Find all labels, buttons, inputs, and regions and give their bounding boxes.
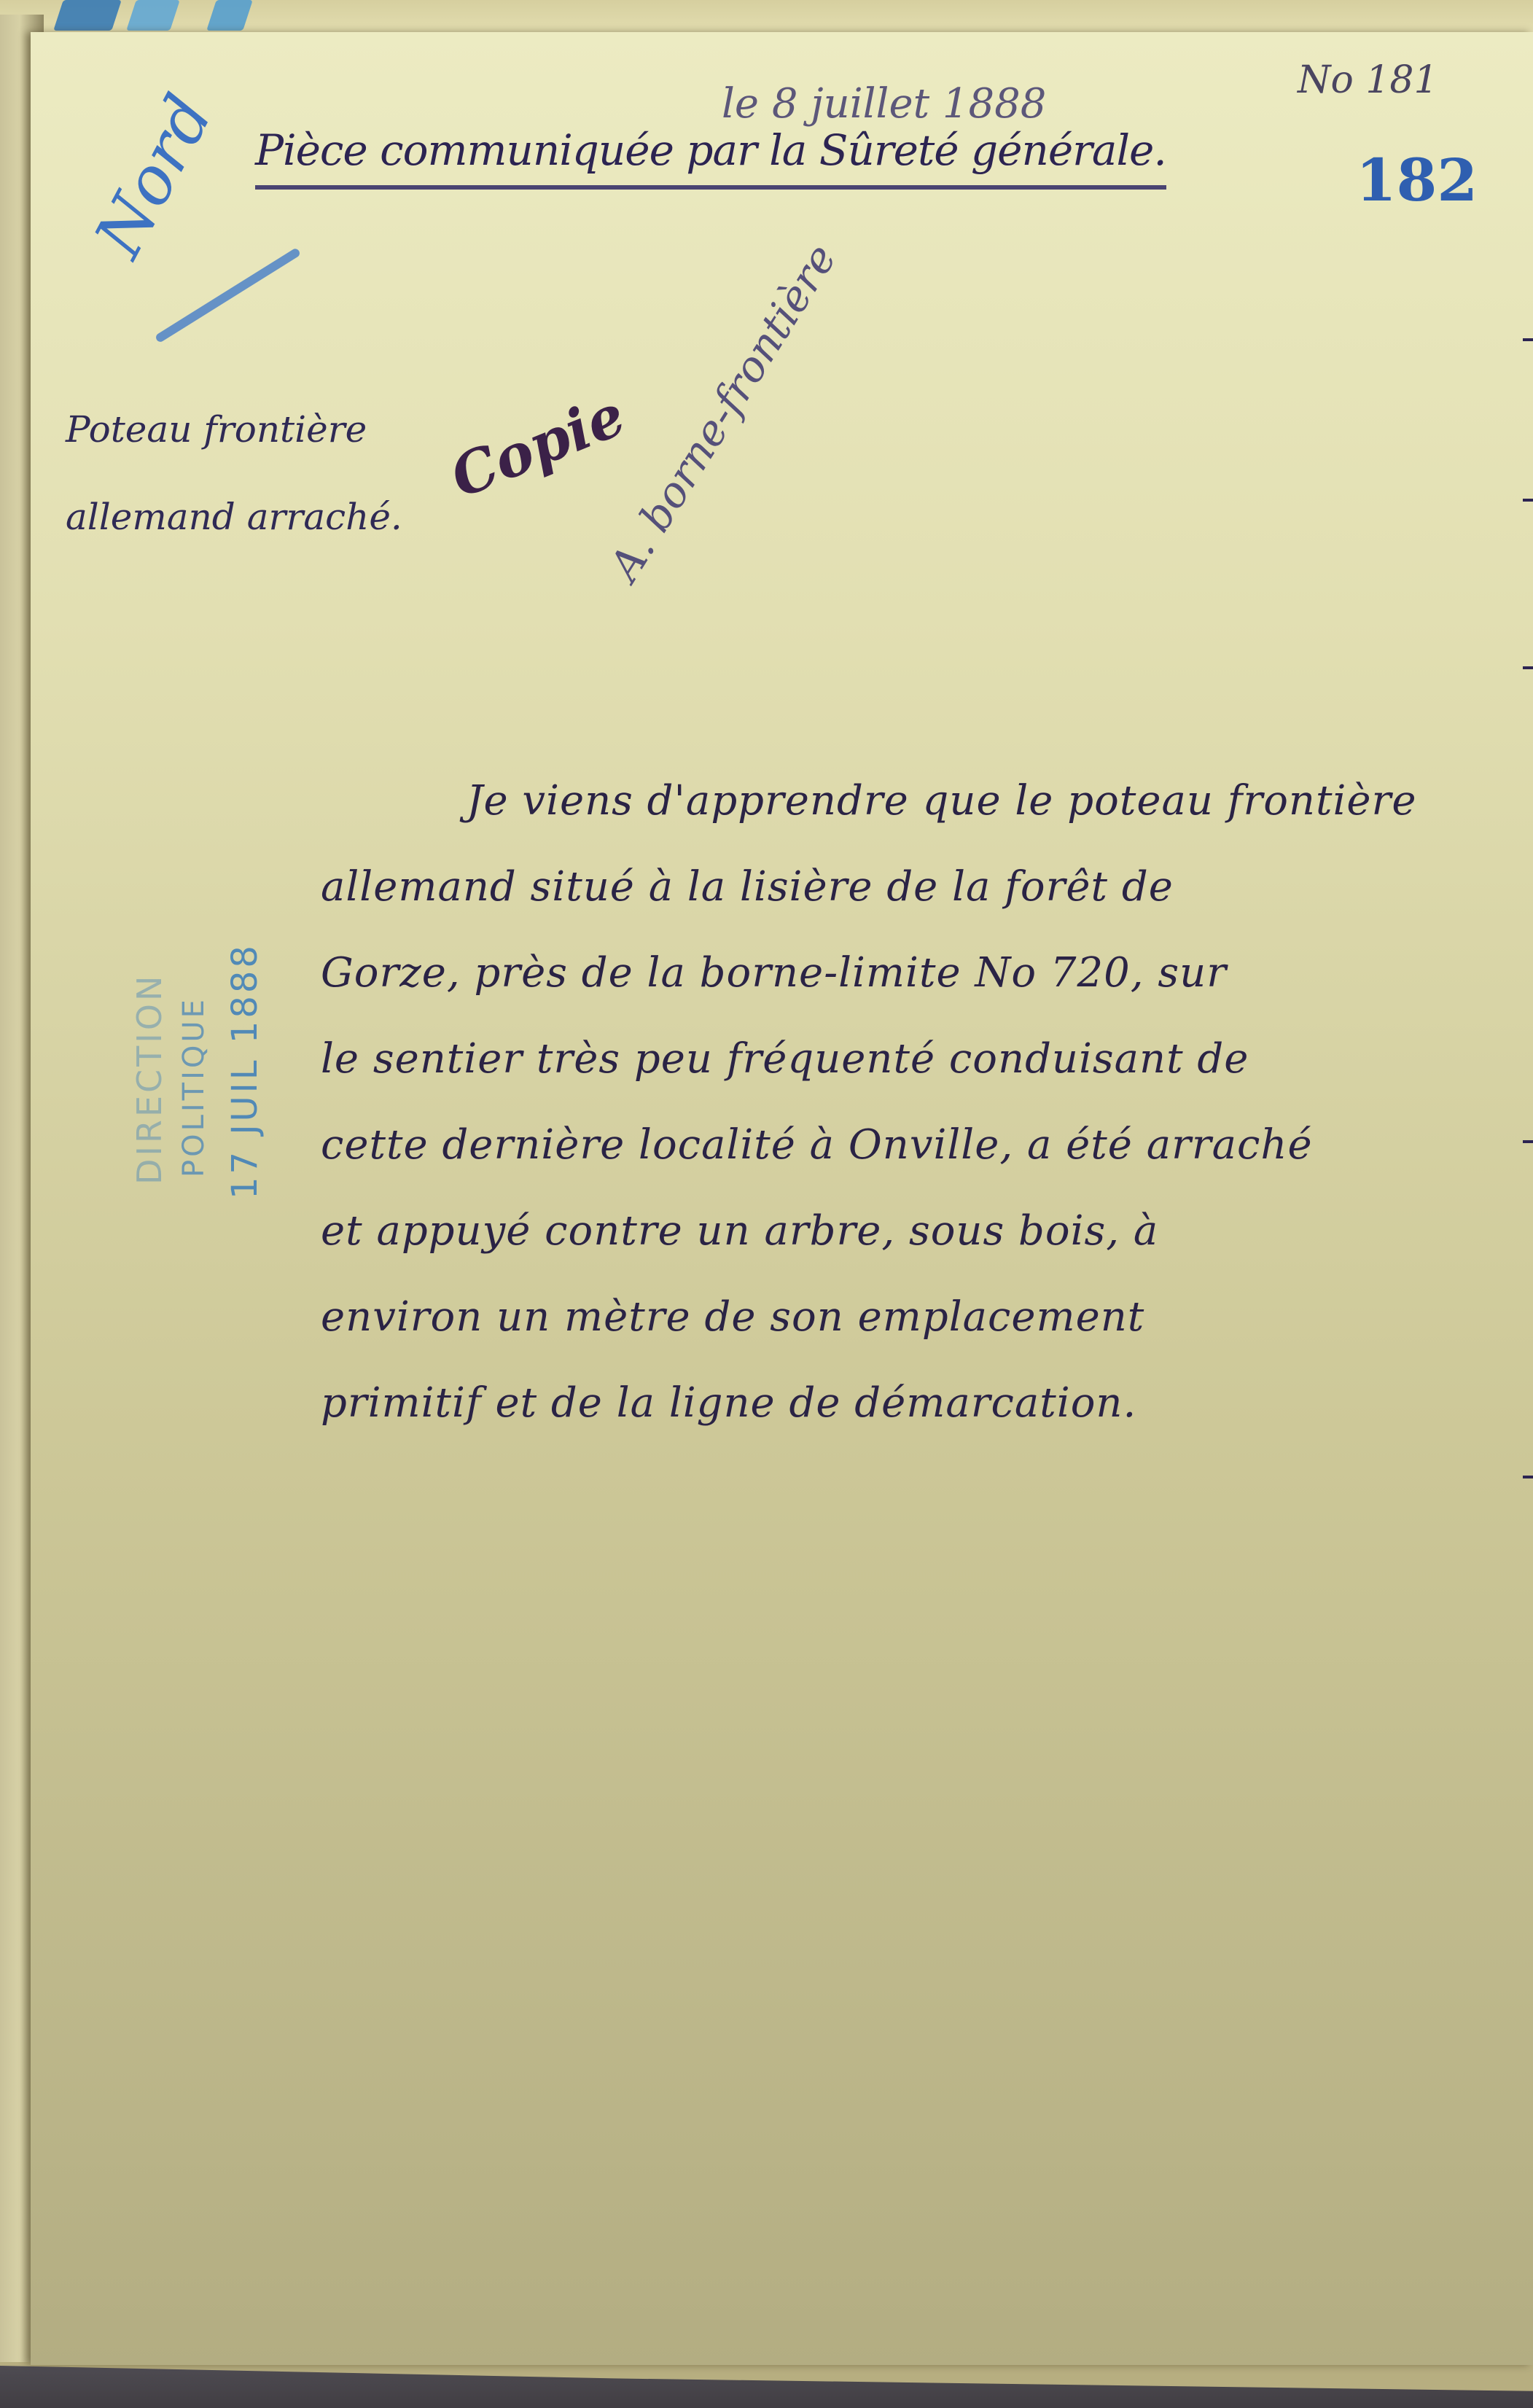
edge-mark (1523, 666, 1533, 669)
body-line: le sentier très peu fréquenté conduisant… (321, 1016, 1516, 1102)
stamp-date: 17 JUIL 1888 (225, 943, 265, 1199)
document-number-blue: 182 (1356, 146, 1478, 214)
body-line: allemand situé à la lisière de la forêt … (321, 844, 1516, 930)
body-line: primitif et de la ligne de démarcation. (321, 1360, 1516, 1446)
body-line: Je viens d'apprendre que le poteau front… (321, 758, 1516, 844)
document-title: Pièce communiquée par la Sûreté générale… (255, 125, 1166, 190)
body-line: Gorze, près de la borne-limite No 720, s… (321, 930, 1516, 1016)
stamp-line: POLITIQUE (177, 997, 211, 1177)
body-line: environ un mètre de son emplacement (321, 1274, 1516, 1360)
edge-mark (1523, 338, 1533, 341)
document-date: le 8 juillet 1888 (722, 80, 1046, 128)
letter-body: Je viens d'apprendre que le poteau front… (321, 758, 1516, 1446)
body-line: et appuyé contre un arbre, sous bois, à (321, 1188, 1516, 1274)
bottom-shadow (0, 2366, 1533, 2408)
stamp-line: DIRECTION (130, 973, 169, 1185)
body-line: cette dernière localité à Onville, a été… (321, 1102, 1516, 1188)
margin-note-line: allemand arraché. (66, 496, 402, 538)
edge-mark (1523, 1476, 1533, 1478)
edge-mark (1523, 1140, 1533, 1143)
received-stamp: DIRECTION POLITIQUE 17 JUIL 1888 (122, 908, 268, 1185)
document-number-pencil: No 181 (1298, 58, 1438, 102)
margin-note-line: Poteau frontière (66, 408, 367, 451)
edge-mark (1523, 499, 1533, 502)
blue-ribbon (53, 0, 122, 31)
